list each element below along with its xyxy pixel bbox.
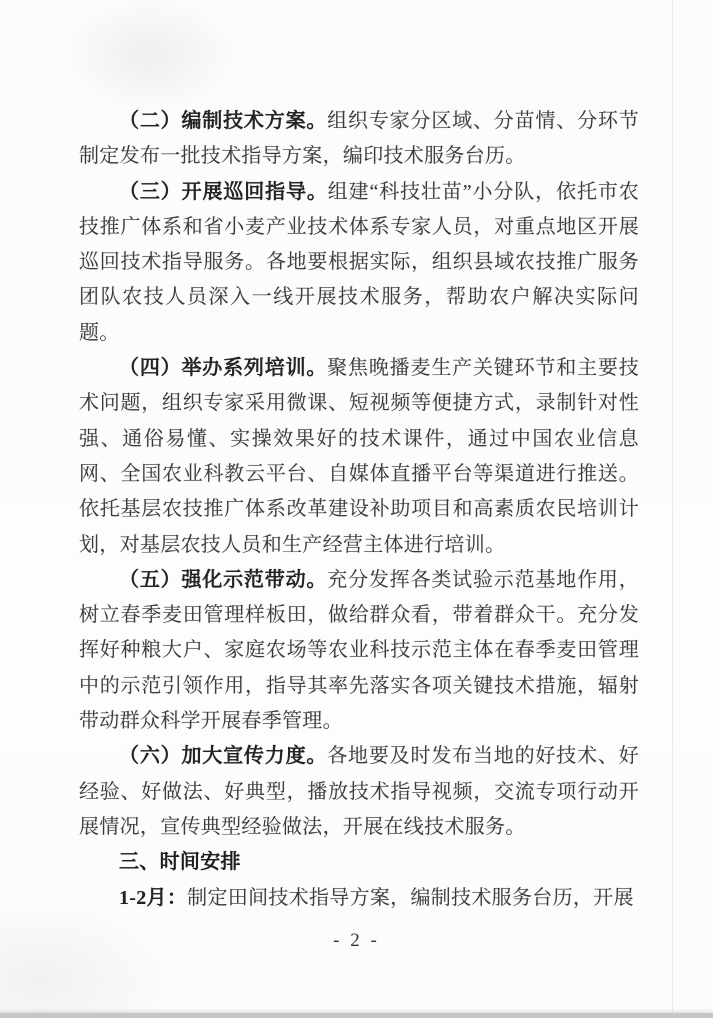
paragraph: 1-2月：制定田间技术指导方案，编制技术服务台历，开展 bbox=[79, 881, 639, 916]
section-heading: 三、时间安排 bbox=[79, 845, 639, 880]
paragraph: （三）开展巡回指导。组建“科技壮苗”小分队，依托市农技推广体系和省小麦产业技术体… bbox=[79, 175, 639, 351]
document-body: （二）编制技术方案。组织专家分区域、分苗情、分环节制定发布一批技术指导方案，编印… bbox=[79, 104, 639, 916]
paragraph: （二）编制技术方案。组织专家分区域、分苗情、分环节制定发布一批技术指导方案，编印… bbox=[79, 104, 639, 175]
paragraph: （四）举办系列培训。聚焦晚播麦生产关键环节和主要技术问题，组织专家采用微课、短视… bbox=[79, 351, 639, 563]
scan-edge-shadow bbox=[0, 1013, 713, 1018]
paragraph: （五）强化示范带动。充分发挥各类试验示范基地作用，树立春季麦田管理样板田，做给群… bbox=[79, 563, 639, 739]
paragraph-body: 充分发挥各类试验示范基地作用，树立春季麦田管理样板田，做给群众看，带着群众干。充… bbox=[79, 569, 639, 732]
paragraph-lead: （三）开展巡回指导。 bbox=[119, 181, 328, 203]
paragraph-lead: （四）举办系列培训。 bbox=[119, 357, 327, 379]
paragraph-body: 制定田间技术指导方案，编制技术服务台历，开展 bbox=[187, 887, 634, 909]
paragraph-body: 聚焦晚播麦生产关键环节和主要技术问题，组织专家采用微课、短视频等便捷方式，录制针… bbox=[79, 357, 639, 555]
paragraph-lead: （五）强化示范带动。 bbox=[119, 569, 327, 591]
document-page: （二）编制技术方案。组织专家分区域、分苗情、分环节制定发布一批技术指导方案，编印… bbox=[0, 0, 713, 1018]
page-number: - 2 - bbox=[0, 930, 713, 952]
paragraph-lead: 1-2月： bbox=[119, 887, 187, 909]
scan-right-edge bbox=[672, 0, 673, 1018]
paragraph-lead: （六）加大宣传力度。 bbox=[119, 745, 327, 767]
paragraph-body: 组建“科技壮苗”小分队，依托市农技推广体系和省小麦产业技术体系专家人员，对重点地… bbox=[79, 181, 639, 344]
paragraph: （六）加大宣传力度。各地要及时发布当地的好技术、好经验、好做法、好典型，播放技术… bbox=[79, 739, 639, 845]
paragraph-lead: （二）编制技术方案。 bbox=[119, 110, 327, 132]
section-heading-label: 三、时间安排 bbox=[119, 851, 241, 873]
